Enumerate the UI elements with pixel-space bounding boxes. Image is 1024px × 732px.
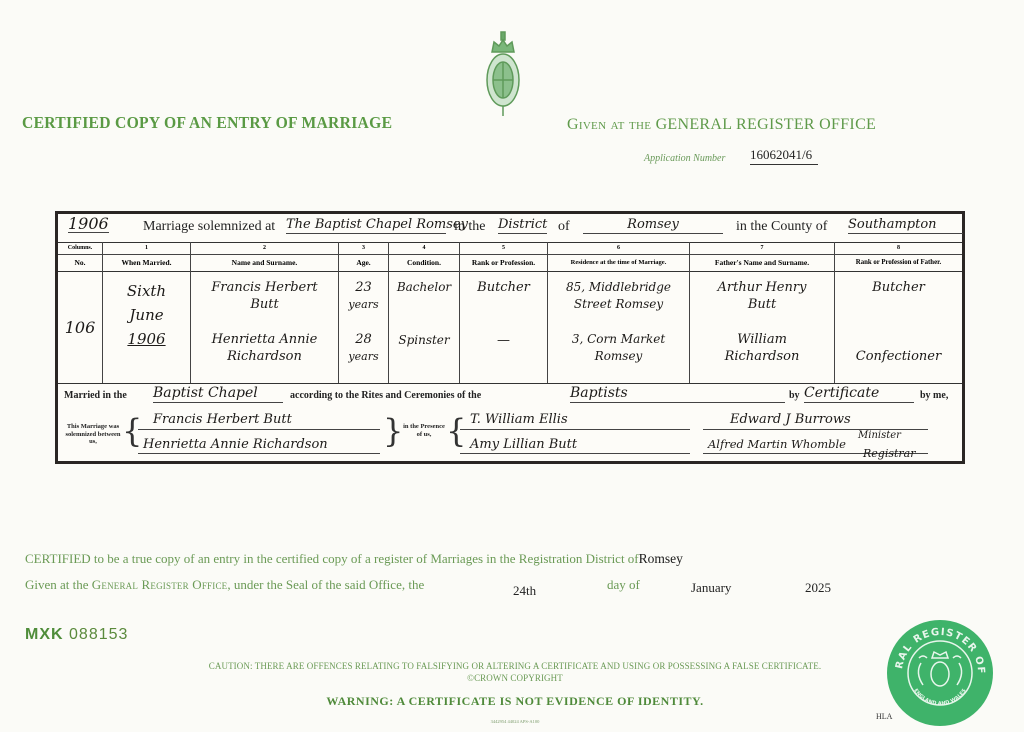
groom-father-line2: Butt bbox=[748, 296, 776, 313]
by-me-label: by me, bbox=[920, 390, 948, 401]
column-headers-row: No. When Married. Name and Surname. Age.… bbox=[58, 254, 962, 272]
column-number: 3 bbox=[339, 242, 389, 254]
entry-year: 1906 bbox=[68, 215, 109, 233]
bride-age-unit: years bbox=[348, 348, 378, 365]
groom-age: 23 bbox=[355, 279, 372, 296]
entry-row: 106 Sixth June 1906 Francis Herbert Butt… bbox=[58, 271, 962, 384]
entry-number: 106 bbox=[65, 319, 96, 336]
given-prefix: Given at the bbox=[25, 577, 89, 592]
gro-seal-icon: GENERAL REGISTER OFFICE ENGLAND AND WALE… bbox=[885, 618, 995, 728]
issuing-office-name: GENERAL REGISTER OFFICE bbox=[656, 116, 877, 133]
condition-cell: Bachelor Spinster bbox=[389, 271, 460, 383]
married-day: Sixth bbox=[127, 279, 166, 303]
column-header: When Married. bbox=[103, 254, 191, 271]
by-value: Certificate bbox=[804, 385, 914, 403]
bride-father-profession: Confectioner bbox=[856, 348, 941, 365]
certification-district: Romsey bbox=[639, 551, 683, 566]
column-number: 1 bbox=[103, 242, 191, 254]
column-number: 2 bbox=[191, 242, 339, 254]
column-header: Father's Name and Surname. bbox=[690, 254, 835, 271]
minister-signature: Edward J Burrows bbox=[730, 411, 851, 428]
registrar-signature: Alfred Martin Whomble bbox=[708, 436, 846, 453]
when-married-cell: Sixth June 1906 bbox=[103, 271, 191, 383]
given-at-statement: Given at the General Register Office, un… bbox=[25, 577, 424, 593]
certified-day: 24th bbox=[513, 583, 536, 599]
age-cell: 23 years 28 years bbox=[339, 271, 389, 383]
groom-profession: Butcher bbox=[477, 279, 530, 296]
of-label: of bbox=[558, 219, 570, 235]
married-year: 1906 bbox=[127, 327, 165, 351]
bride-profession: — bbox=[497, 332, 510, 349]
by-label: by bbox=[789, 390, 800, 401]
column-number: 5 bbox=[460, 242, 548, 254]
certificate-serial: MXK 088153 bbox=[25, 626, 128, 644]
column-header: Rank or Profession of Father. bbox=[835, 254, 962, 271]
groom-name-line2: Butt bbox=[250, 296, 278, 313]
groom-residence-line1: 85, Middlebridge bbox=[566, 279, 671, 296]
county-value: Southampton bbox=[848, 216, 963, 234]
identity-warning: WARNING: A CERTIFICATE IS NOT EVIDENCE O… bbox=[195, 694, 835, 709]
given-suffix: , under the Seal of the said Office, the bbox=[227, 577, 424, 592]
bride-name-line2: Richardson bbox=[227, 348, 302, 365]
bride-father-line1: William bbox=[737, 331, 787, 348]
groom-signature: Francis Herbert Butt bbox=[153, 411, 292, 428]
seal-initials: HLA bbox=[876, 712, 892, 721]
registrar-title: Registrar bbox=[863, 445, 916, 462]
column-header: Rank or Profession. bbox=[460, 254, 548, 271]
bride-residence-line1: 3, Corn Market bbox=[572, 331, 665, 348]
column-number: 4 bbox=[389, 242, 460, 254]
groom-residence-line2: Street Romsey bbox=[574, 296, 663, 313]
column-header: Name and Surname. bbox=[191, 254, 339, 271]
married-in-value: Baptist Chapel bbox=[153, 385, 283, 403]
serial-prefix: MXK bbox=[25, 626, 64, 643]
register-entry: 1906 Marriage solemnized at The Baptist … bbox=[55, 211, 965, 464]
entry-number-cell: 106 bbox=[58, 271, 103, 383]
solemnized-label: Marriage solemnized at bbox=[143, 219, 275, 235]
column-header: Condition. bbox=[389, 254, 460, 271]
register-heading: 1906 Marriage solemnized at The Baptist … bbox=[58, 214, 962, 243]
certification-text: CERTIFIED to be a true copy of an entry … bbox=[25, 551, 639, 566]
issuing-office: Given at the GENERAL REGISTER OFFICE bbox=[567, 116, 876, 134]
issuing-office-prefix: Given at the bbox=[567, 116, 651, 133]
caution-notice: CAUTION: THERE ARE OFFENCES RELATING TO … bbox=[195, 660, 835, 684]
application-number-label: Application Number bbox=[644, 153, 725, 164]
royal-crest-icon bbox=[482, 30, 524, 120]
certification-statement: CERTIFIED to be a true copy of an entry … bbox=[25, 551, 683, 567]
residence-cell: 85, Middlebridge Street Romsey 3, Corn M… bbox=[548, 271, 690, 383]
column-number: 7 bbox=[690, 242, 835, 254]
certified-year: 2025 bbox=[805, 580, 831, 596]
column-header: Residence at the time of Marriage. bbox=[548, 254, 690, 271]
names-cell: Francis Herbert Butt Henrietta Annie Ric… bbox=[191, 271, 339, 383]
groom-age-unit: years bbox=[348, 296, 378, 313]
bride-residence-line2: Romsey bbox=[595, 348, 643, 365]
column-header: No. bbox=[58, 254, 103, 271]
solemnized-between-label: This Marriage was solemnized between us, bbox=[64, 423, 122, 446]
brace-right: } bbox=[383, 415, 403, 447]
certified-month: January bbox=[691, 580, 731, 596]
presence-label: in the Presence of us, bbox=[403, 423, 445, 438]
district-label: District bbox=[498, 216, 547, 234]
profession-cell: Butcher — bbox=[460, 271, 548, 383]
column-number: 6 bbox=[548, 242, 690, 254]
column-number: 8 bbox=[835, 242, 962, 254]
print-code: 3442954 44024 APS-A100 bbox=[195, 719, 835, 724]
signatures-row: This Marriage was solemnized between us,… bbox=[58, 409, 962, 461]
father-profession-cell: Butcher Confectioner bbox=[835, 271, 962, 383]
application-number: 16062041/6 bbox=[750, 147, 818, 165]
county-label: in the County of bbox=[736, 219, 827, 235]
rites-row: Married in the Baptist Chapel according … bbox=[58, 383, 962, 409]
bride-condition: Spinster bbox=[398, 332, 449, 349]
column-number: Columns. bbox=[58, 242, 103, 254]
groom-name-line1: Francis Herbert bbox=[211, 279, 317, 296]
married-in-label: Married in the bbox=[64, 390, 127, 401]
minister-title: Minister bbox=[858, 427, 901, 444]
married-month: June bbox=[129, 303, 163, 327]
rites-label: according to the Rites and Ceremonies of… bbox=[290, 390, 481, 401]
groom-condition: Bachelor bbox=[397, 279, 451, 296]
bride-signature: Henrietta Annie Richardson bbox=[143, 436, 328, 453]
groom-father-profession: Butcher bbox=[872, 279, 925, 296]
marriage-place: The Baptist Chapel Romsey bbox=[286, 216, 446, 234]
bride-age: 28 bbox=[355, 331, 372, 348]
rites-value: Baptists bbox=[570, 385, 785, 403]
day-of-label: day of bbox=[607, 577, 640, 593]
bride-father-line2: Richardson bbox=[725, 348, 800, 365]
witness-2-signature: Amy Lillian Butt bbox=[470, 436, 577, 453]
in-the-label: in the bbox=[454, 219, 486, 235]
bride-name-line1: Henrietta Annie bbox=[212, 331, 318, 348]
column-header: Age. bbox=[339, 254, 389, 271]
father-name-cell: Arthur Henry Butt William Richardson bbox=[690, 271, 835, 383]
document-title: CERTIFIED COPY OF AN ENTRY OF MARRIAGE bbox=[22, 113, 392, 133]
groom-father-line1: Arthur Henry bbox=[718, 279, 807, 296]
witness-1-signature: T. William Ellis bbox=[470, 411, 568, 428]
given-office: General Register Office bbox=[92, 577, 228, 592]
district-value: Romsey bbox=[583, 216, 723, 234]
serial-number: 088153 bbox=[69, 626, 128, 643]
